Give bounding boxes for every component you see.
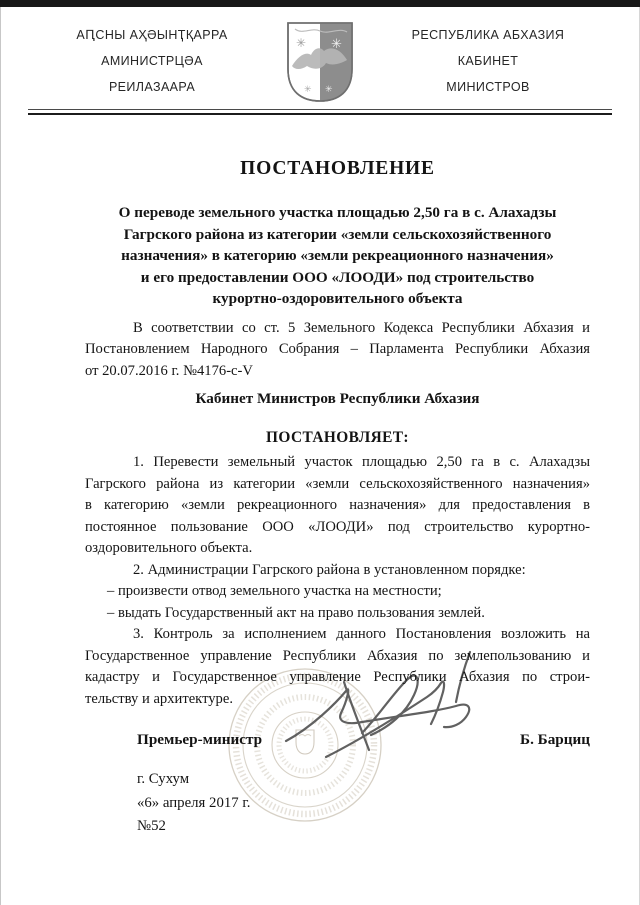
text-line: тельству и архитектуре.	[85, 689, 590, 711]
date-and-number-block: г. Сухум«6» апреля 2017 г.№52	[85, 768, 590, 839]
text-line: и его предоставлении ООО «ЛООДИ» под стр…	[85, 267, 590, 289]
letterhead-divider	[28, 109, 612, 115]
document-page: АԤСНЫ АҲӘЫНҬҚАРРААМИНИСТРЦӘАРЕИЛАЗААРА ✳…	[0, 0, 640, 905]
item-2-subitem-1: – произвести отвод земельного участка на…	[85, 581, 590, 603]
scan-edge-top	[0, 0, 640, 7]
text-line: кадастру и Государственное управление Ре…	[85, 667, 590, 689]
text-line: РЕСПУБЛИКА АБХАЗИЯ	[364, 22, 612, 48]
item-1: 1. Перевести земельный участок площадью …	[85, 452, 590, 560]
text-line: АМИНИСТРЦӘА	[28, 48, 276, 74]
text-line: РЕИЛАЗААРА	[28, 74, 276, 100]
text-line: курортно-оздоровительного объекта	[85, 288, 590, 310]
text-line: В соответствии со ст. 5 Земельного Кодек…	[85, 318, 590, 340]
text-line: постоянное пользование ООО «ЛООДИ» под с…	[85, 517, 590, 539]
text-line: Гагрского района из категории «земли сел…	[85, 224, 590, 246]
item-2-subitem-2: – выдать Государственный акт на право по…	[85, 603, 590, 625]
signer-name: Б. Барциц	[520, 729, 590, 751]
scan-edge-left	[0, 7, 1, 905]
decree-subject: О переводе земельного участка площадью 2…	[85, 202, 590, 310]
text-line: оздоровительного объекта.	[85, 538, 590, 560]
text-line: назначения» в категорию «земли рекреацио…	[85, 245, 590, 267]
star-icon: ✳	[325, 84, 333, 94]
text-line: КАБИНЕТ	[364, 48, 612, 74]
letterhead-abkhaz: АԤСНЫ АҲӘЫНҬҚАРРААМИНИСТРЦӘАРЕИЛАЗААРА	[28, 22, 276, 100]
text-line: №52	[137, 815, 590, 839]
text-line: – выдать Государственный акт на право по…	[85, 603, 590, 625]
text-line: 2. Администрации Гагрского района в уста…	[85, 560, 590, 582]
text-line: – произвести отвод земельного участка на…	[85, 581, 590, 603]
intro-paragraph: В соответствии со ст. 5 Земельного Кодек…	[85, 318, 590, 383]
letterhead: АԤСНЫ АҲӘЫНҬҚАРРААМИНИСТРЦӘАРЕИЛАЗААРА ✳…	[28, 22, 612, 105]
text-line: Государственное управление Республики Аб…	[85, 646, 590, 668]
text-line: «6» апреля 2017 г.	[137, 792, 590, 816]
issuing-body-line: Кабинет Министров Республики Абхазия	[85, 388, 590, 410]
coat-of-arms-emblem: ✳ ✳ ✳ ✳	[281, 19, 359, 105]
text-line: О переводе земельного участка площадью 2…	[85, 202, 590, 224]
star-icon: ✳	[296, 36, 306, 50]
resolution-keyword: ПОСТАНОВЛЯЕТ:	[85, 427, 590, 449]
text-line: МИНИСТРОВ	[364, 74, 612, 100]
document-title: ПОСТАНОВЛЕНИЕ	[85, 158, 590, 182]
text-line: 1. Перевести земельный участок площадью …	[85, 452, 590, 474]
text-line: Постановлением Народного Собрания – Парл…	[85, 339, 590, 361]
decree-body: ПОСТАНОВЛЕНИЕ О переводе земельного учас…	[85, 158, 590, 839]
text-line: АԤСНЫ АҲӘЫНҬҚАРРА	[28, 22, 276, 48]
text-line: Гагрского района из категории «земли сел…	[85, 474, 590, 496]
text-line: г. Сухум	[137, 768, 590, 792]
text-line: 3. Контроль за исполнением данного Поста…	[85, 624, 590, 646]
text-line: в категорию «земли рекреационного назнач…	[85, 495, 590, 517]
text-line: от 20.07.2016 г. №4176-с-V	[85, 361, 590, 383]
signature-row: Премьер-министр Б. Барциц	[85, 729, 590, 751]
item-2: 2. Администрации Гагрского района в уста…	[85, 560, 590, 582]
signer-role: Премьер-министр	[137, 729, 262, 751]
star-icon: ✳	[304, 84, 312, 94]
letterhead-russian: РЕСПУБЛИКА АБХАЗИЯКАБИНЕТМИНИСТРОВ	[364, 22, 612, 100]
item-3: 3. Контроль за исполнением данного Поста…	[85, 624, 590, 710]
